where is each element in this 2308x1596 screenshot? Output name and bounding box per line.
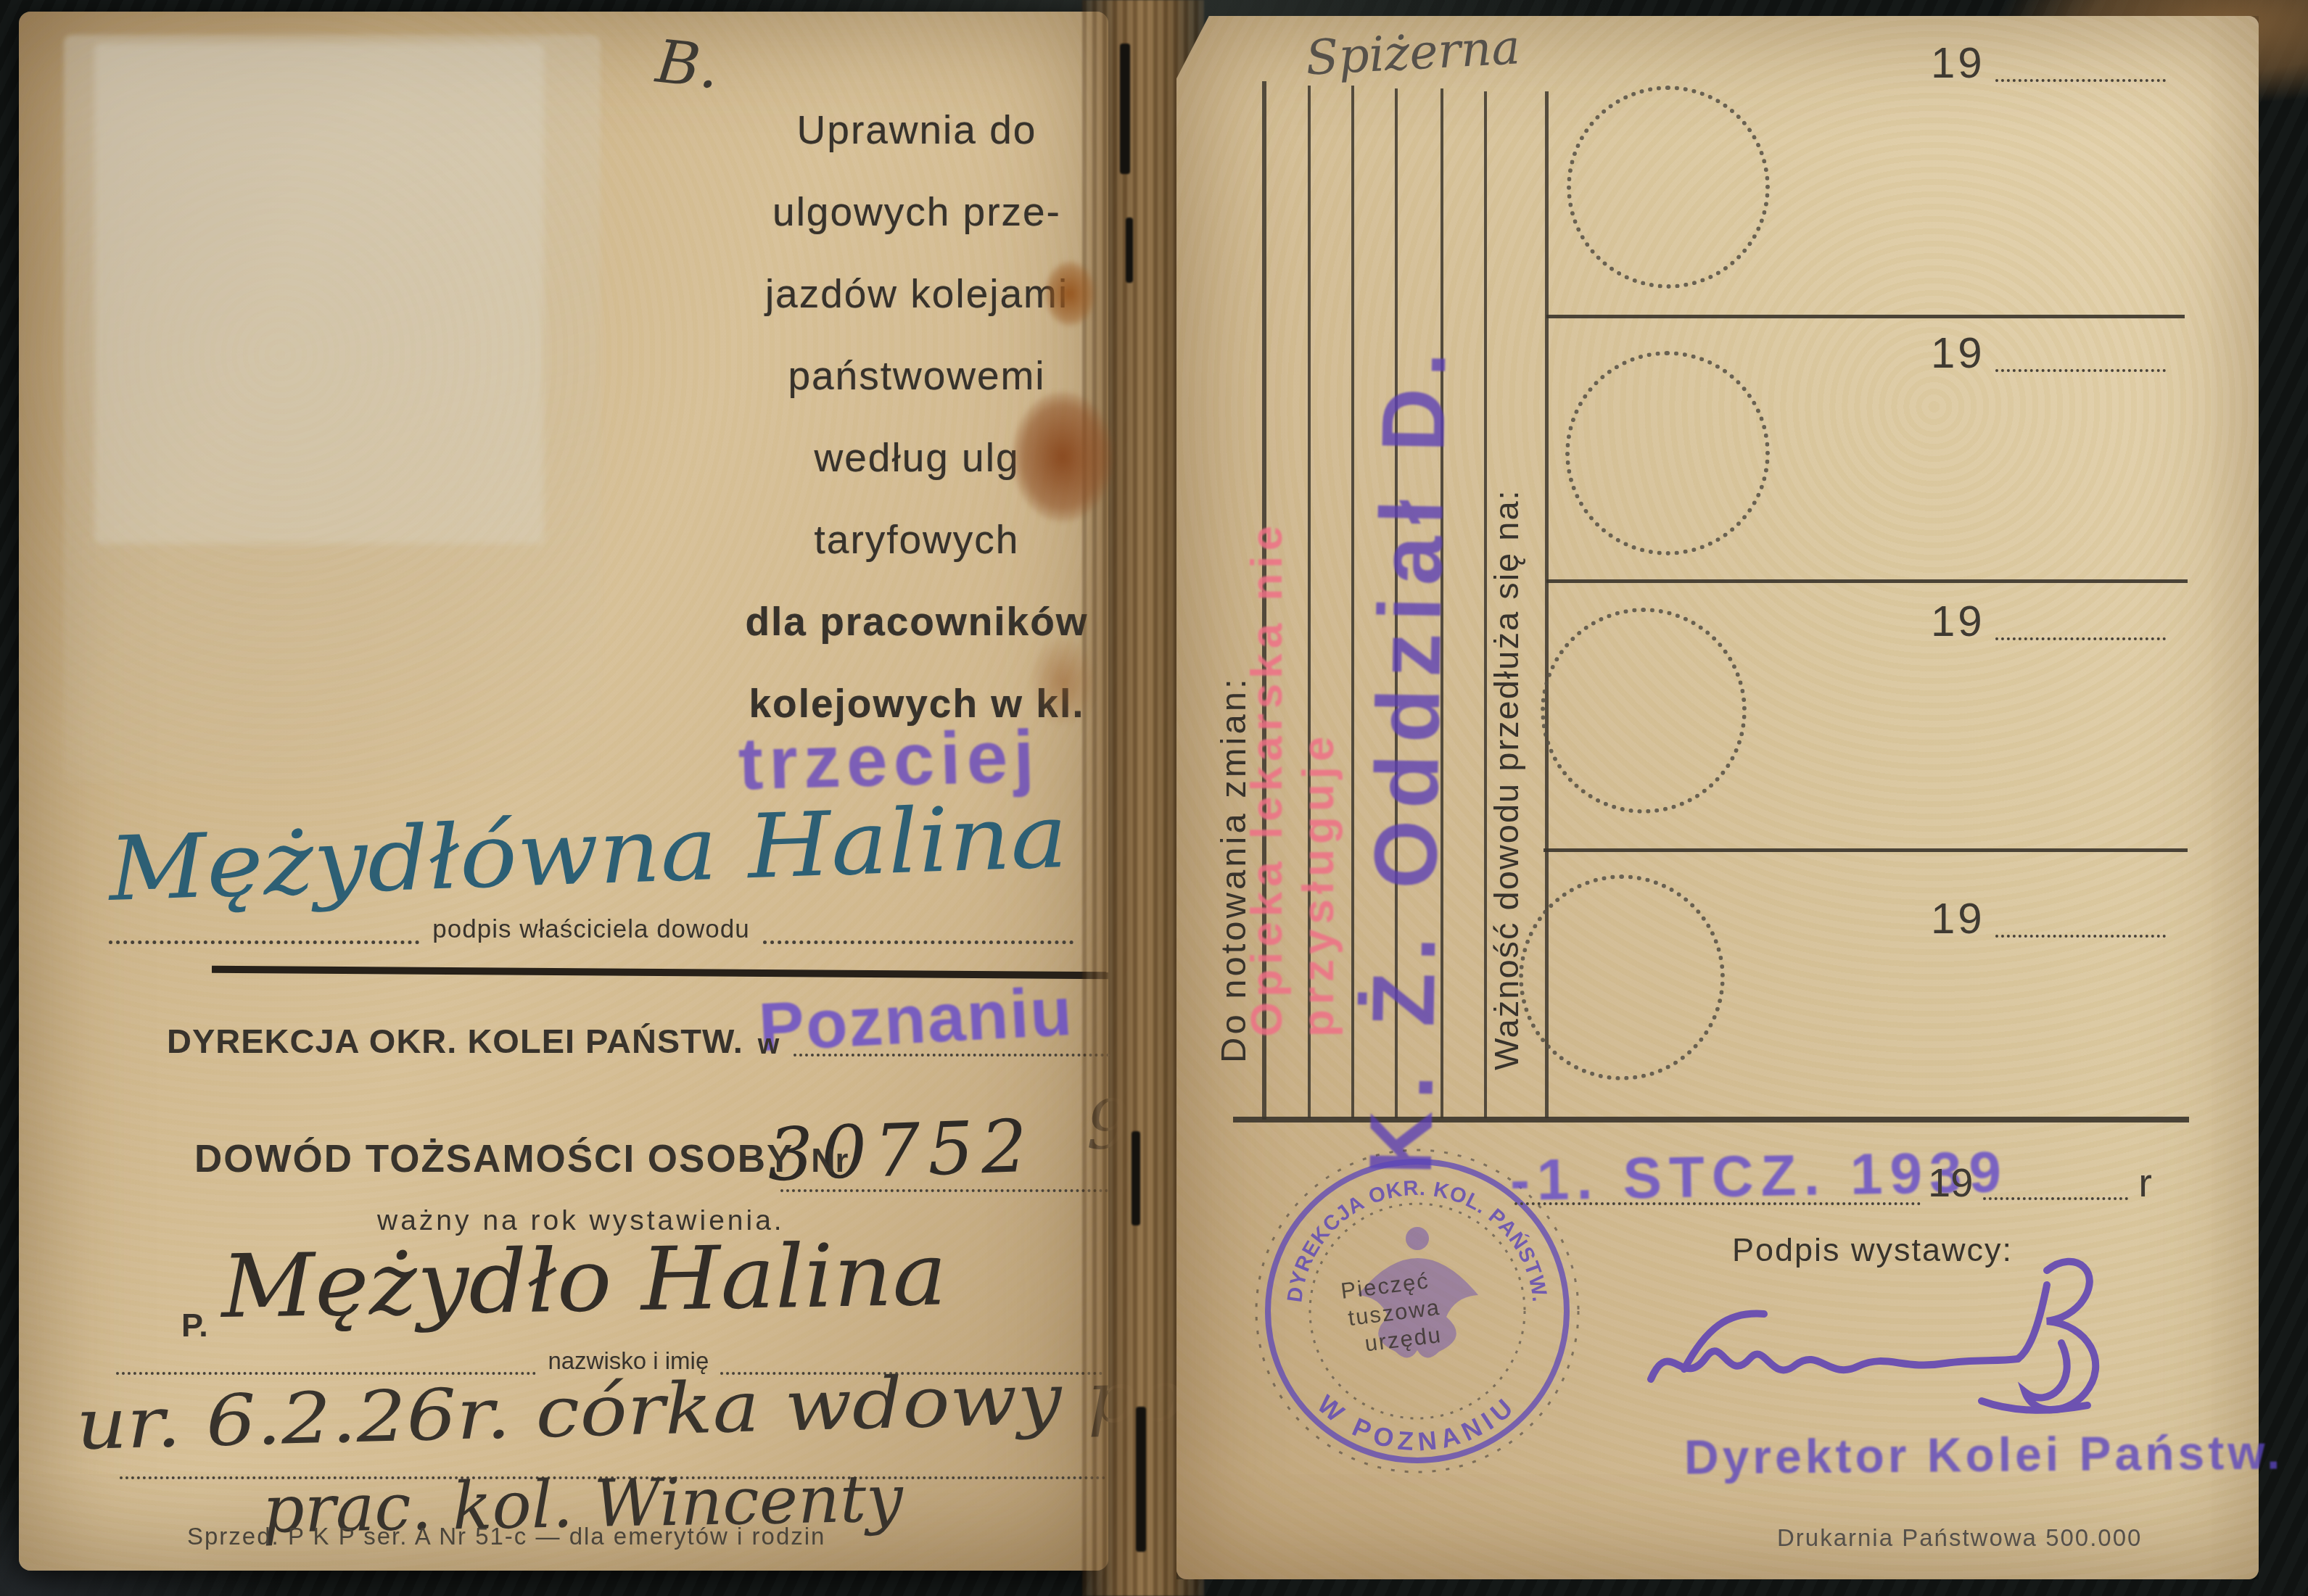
dotted-line (1514, 1202, 1921, 1205)
dotted-line (109, 940, 419, 944)
ink-stain (1012, 392, 1113, 522)
name-handwritten: Mężydło Halina (221, 1225, 948, 1338)
document-photo: { "left_page": { "handwritten_mark": "B.… (0, 0, 2308, 1596)
directorate-preposition: w (758, 1030, 780, 1061)
dotted-line (1995, 369, 2166, 372)
director-stamp: Dyrektor Kolei Państw. (1684, 1424, 2284, 1484)
table-hline (1544, 848, 2188, 852)
year-label: 19 (1931, 893, 1985, 943)
photo-area-inner (94, 44, 544, 544)
owner-signature-caption: podpis właściciela dowodu (432, 915, 749, 944)
dotted-line (1983, 1197, 2128, 1200)
unit-stamp: K. Ż. Oddział D. (1328, 238, 1489, 1175)
dotted-line (763, 940, 1073, 944)
directorate-row: DYREKCJA OKR. KOLEI PAŃSTW. w (167, 1021, 1110, 1061)
binding-stitch (1120, 44, 1130, 174)
renewal-seal-circle (1565, 351, 1770, 555)
binding-stitch (1136, 1407, 1146, 1552)
year-row: 19 (1931, 893, 2166, 943)
dotted-line (1995, 79, 2166, 82)
year-label: 19 (1931, 596, 1985, 646)
year-line: 19 r (1928, 1159, 2152, 1206)
dotted-line (1995, 637, 2166, 640)
year-row: 19 (1931, 596, 2166, 646)
ink-stain (1030, 638, 1095, 725)
year-line-prefix: 19 (1928, 1159, 1973, 1206)
right-footer-print: Drukarnia Państwowa 500.000 (1777, 1524, 2142, 1552)
binding-stitch (1126, 218, 1133, 283)
year-label: 19 (1931, 328, 1985, 378)
renewal-seal-circle (1519, 875, 1725, 1080)
seal-ring-text-bottom: W POZNANIU (1312, 1389, 1523, 1457)
table-hline (1546, 315, 2185, 318)
year-row: 19 (1931, 328, 2166, 378)
doc-title-row: DOWÓD TOŻSAMOŚCI OSOBY Nr (194, 1137, 848, 1181)
owner-signature-line: podpis właściciela dowodu (109, 915, 1073, 944)
dotted-line (1995, 935, 2166, 938)
renewal-seal-circle (1541, 608, 1747, 814)
signature-stroke (1651, 1351, 2018, 1379)
year-line-suffix: r (2138, 1159, 2152, 1206)
medical-stamp: Opieka lekarska nie przysługuje (1266, 232, 1319, 1037)
directorate-label: DYREKCJA OKR. KOLEI PAŃSTW. (167, 1021, 743, 1061)
svg-text:W POZNANIU: W POZNANIU (1312, 1389, 1523, 1457)
left-footer-print: Sprzed. P K P ser. A Nr 51-c — dla emery… (187, 1523, 825, 1550)
p-label: P. (181, 1307, 208, 1344)
eagle-head (1406, 1227, 1429, 1250)
ink-stain (1044, 261, 1095, 326)
signature-stroke (2018, 1285, 2047, 1359)
dotted-line (794, 1054, 1110, 1057)
table-hline (1546, 579, 2188, 583)
dotted-line (780, 1189, 1108, 1192)
renewal-seal-circle (1567, 86, 1770, 289)
handwritten-note-top: Spiżerna (1304, 19, 1521, 86)
doc-nr-label: Nr (811, 1141, 848, 1180)
entitlement-line: ulgowych prze- (727, 170, 1107, 252)
handwritten-mark-b: B. (653, 28, 722, 103)
year-row: 19 (1931, 38, 2166, 88)
doc-title: DOWÓD TOŻSAMOŚCI OSOBY (194, 1137, 794, 1181)
year-label: 19 (1931, 38, 1985, 88)
binding-stitch (1132, 1131, 1140, 1225)
entitlement-line: Uprawnia do (727, 88, 1107, 170)
